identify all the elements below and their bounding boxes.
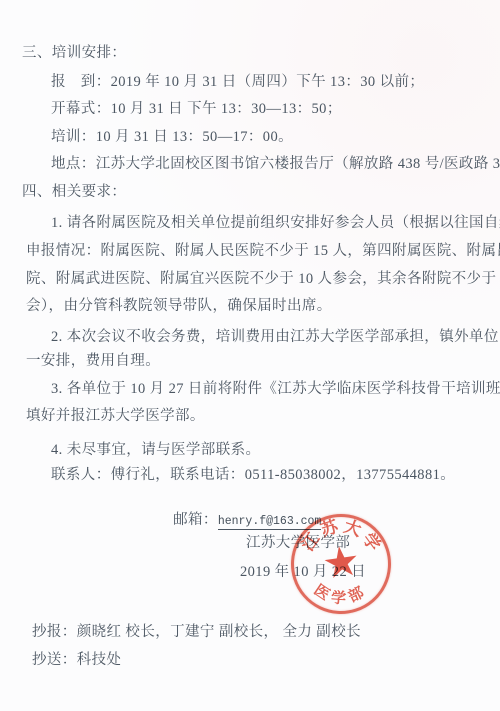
para1-line1: 1. 请各附属医院及相关单位提前组织安排好参会人员（根据以往国自然项目 — [51, 215, 500, 231]
email-label: 邮箱： — [173, 512, 218, 528]
checkin-line: 报 到：2019 年 10 月 31 日（周四）下午 13：30 以前； — [51, 74, 424, 90]
venue-line: 地点：江苏大学北固校区图书馆六楼报告厅（解放路 438 号/医政路 3 号） — [51, 156, 500, 172]
para1-line2: 申报情况：附属医院、附属人民医院不少于 15 人，第四附属医院、附属昆山医 — [26, 243, 500, 259]
section4-heading: 四、相关要求： — [22, 184, 126, 200]
para3-line2: 填好并报江苏大学医学部。 — [26, 408, 205, 424]
para4-line: 4. 未尽事宜，请与医学部联系。 — [51, 442, 260, 458]
cc-send-line: 抄送：科技处 — [32, 652, 121, 668]
contact-line: 联系人：傅行礼，联系电话：0511-85038002，13775544881。 — [51, 467, 455, 483]
para1-line3: 院、附属武进医院、附属宜兴医院不少于 10 人参会，其余各附院不少于 5 人参 — [26, 271, 500, 287]
scanned-document-page: 三、培训安排： 报 到：2019 年 10 月 31 日（周四）下午 13：30… — [0, 0, 500, 711]
para2-line1: 2. 本次会议不收会务费，培训费用由江苏大学医学部承担，镇外单位中餐统 — [51, 329, 500, 345]
section3-heading: 三、培训安排： — [22, 45, 126, 61]
opening-line: 开幕式：10 月 31 日 下午 13：30—13：50； — [51, 101, 342, 117]
seal-star-icon: ★ — [319, 535, 363, 589]
para2-line2: 一安排，费用自理。 — [26, 353, 160, 369]
cc-report-line: 抄报：颜晓红 校长，丁建宁 副校长， 全力 副校长 — [32, 624, 361, 640]
para3-line1: 3. 各单位于 10 月 27 日前将附件《江苏大学临床医学科技骨干培训班报名表… — [51, 381, 500, 397]
official-seal: ★ 江 苏 大 学 医 学 部 — [288, 511, 395, 618]
training-line: 培训：10 月 31 日 13：50—17：00。 — [51, 129, 293, 145]
para1-line4: 会），由分管科教院领导带队，确保届时出席。 — [26, 298, 332, 314]
